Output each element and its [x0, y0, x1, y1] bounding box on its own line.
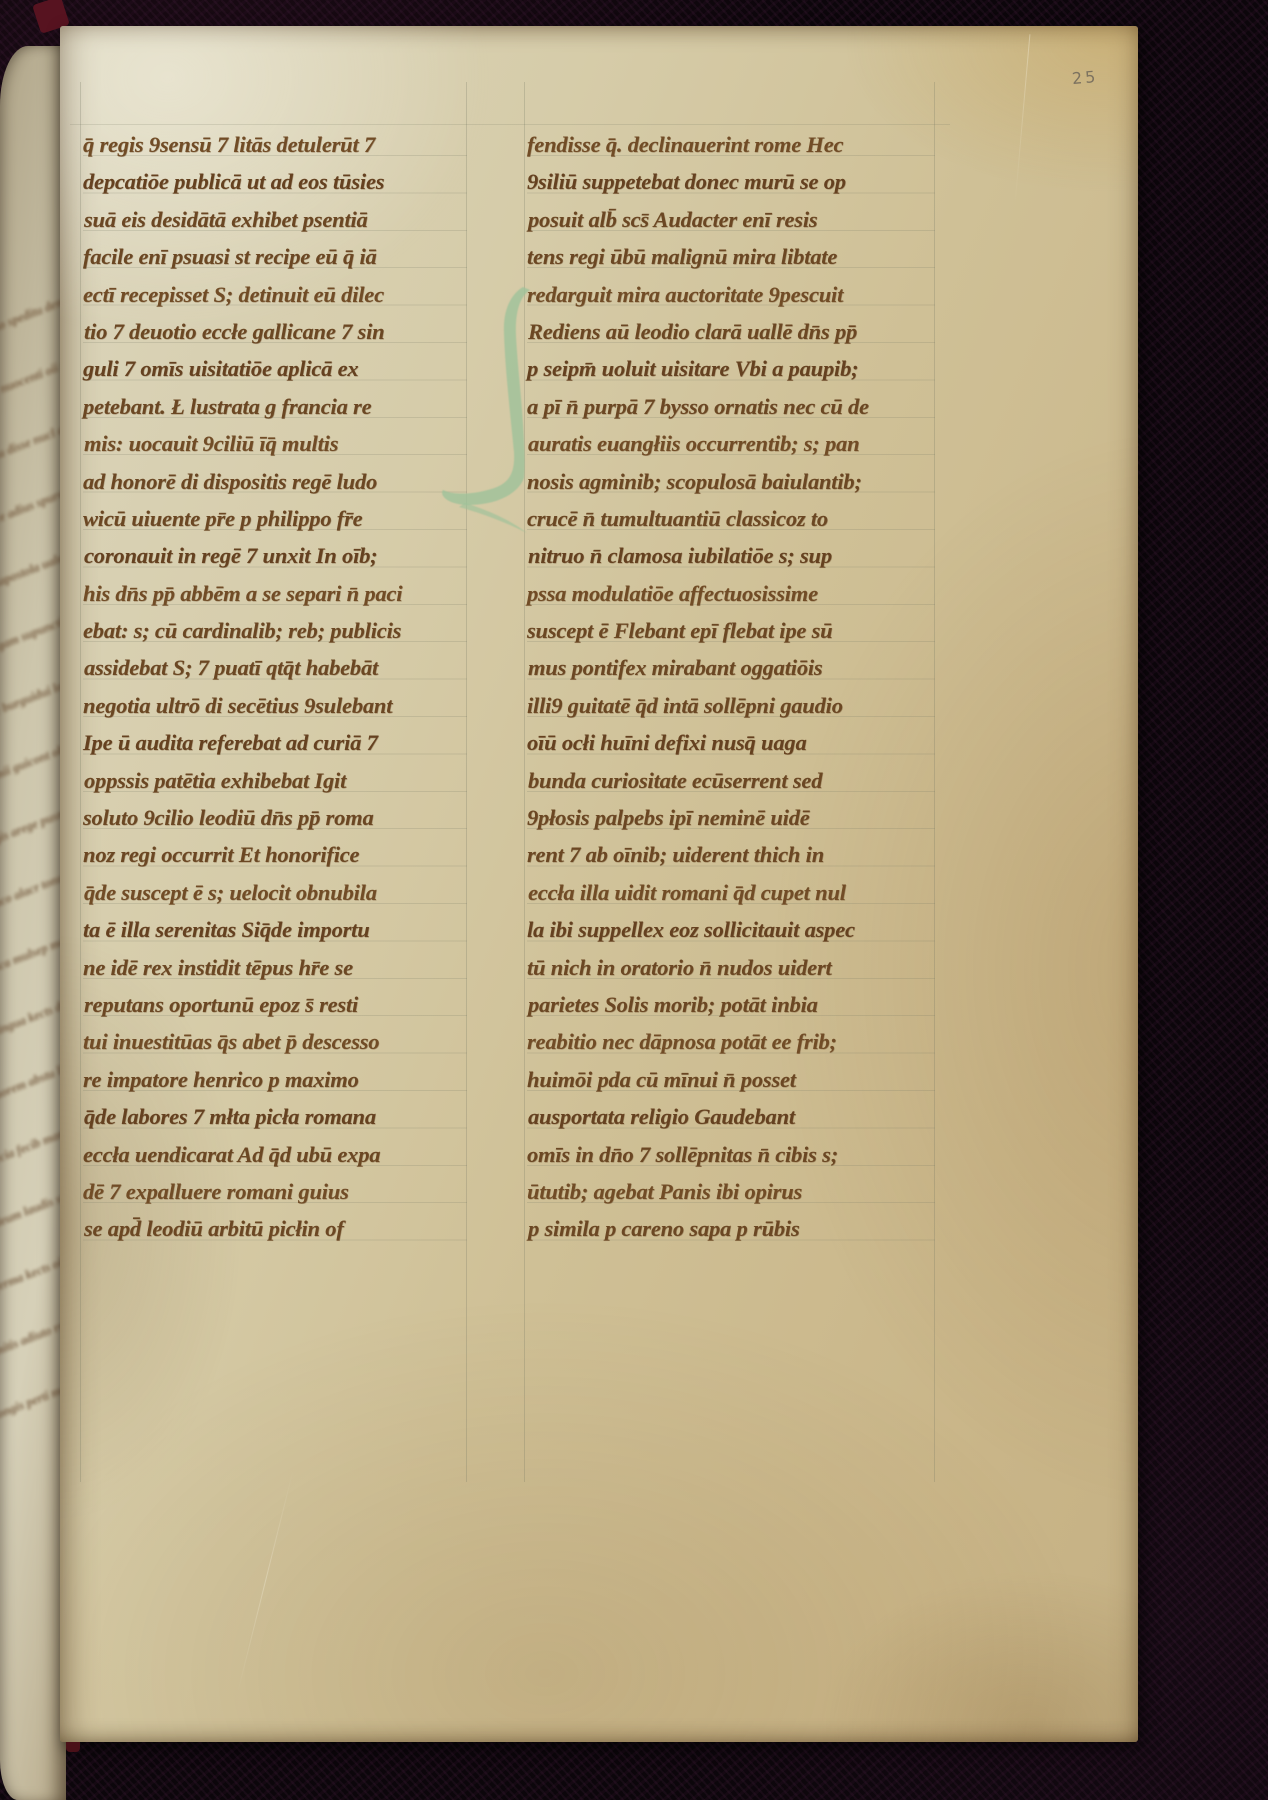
blurred-text-line: i nuocenti oii perni [0, 358, 66, 399]
text-column-right: fendisse q̄. declinauerint rome Hec9sili… [527, 126, 935, 1248]
blurred-text-line: ecia fecib manu [0, 1126, 66, 1167]
text-line: re impatore henrico p maximo [83, 1061, 467, 1098]
text-line: fendisse q̄. declinauerint rome Hec [527, 126, 935, 163]
blurred-text-line: ce adius spuruni [0, 486, 66, 527]
text-line: posuit alb̄ scs̄ Audacter enī resis [528, 201, 936, 238]
blurred-text-line: sca mulsep manp [0, 934, 66, 975]
text-line: tio 7 deuotio eccłe gallicane 7 sin [84, 313, 468, 350]
text-line: wicū uiuente pr̄e p philippo fr̄e [83, 500, 467, 537]
text-line: nosis agminib; scopulosā baiulantib; [527, 463, 935, 500]
text-line: parietes Solis morib; potāt inbia [528, 986, 936, 1023]
text-line: p seipm̄ uoluit uisitare Vbi a paupib; [527, 350, 935, 387]
text-line: nitruo n̄ clamosa iubilatiōe s; sup [528, 537, 936, 574]
ruling-line-vertical [80, 82, 81, 1482]
parchment-crease [1015, 34, 1031, 203]
text-line: dē 7 expalluere romani guius [83, 1173, 467, 1210]
blurred-text-line: aco alacr tonustu [0, 870, 66, 911]
text-line: guli 7 omīs uisitatiōe aplicā ex [83, 350, 467, 387]
text-line: huimōi pda cū mīnui n̄ posset [527, 1061, 935, 1098]
text-line: Rediens aū leodio clarā uallē dn̄s pp̄ [528, 313, 936, 350]
blurred-text-line: gis arege pusmo fa [0, 806, 66, 847]
text-line: illi9 guitatē q̄d intā sollēpni gaudio [527, 687, 935, 724]
ruling-line-horizontal [70, 124, 950, 125]
text-line: mis: uocauit 9ciliū īq̄ multis [84, 425, 468, 462]
text-line: eccła illa uidit romani q̄d cupet nul [528, 874, 936, 911]
manuscript-page: 25 q̄ regis 9sensū 7 litās detulerūt 7de… [60, 26, 1138, 1742]
text-line: ectī recepisset S; detinuit eū dilec [83, 276, 467, 313]
blurred-text-line: deum laudis sno [0, 1190, 66, 1231]
parchment-crease [237, 1469, 294, 1692]
blurred-text-line: lingua kects dei [0, 998, 66, 1039]
blurred-text-line: iu disse nucl ami [0, 422, 66, 463]
text-line: oīū ocłi huīni defixi nusq̄ uaga [527, 724, 935, 761]
binding-cloth [66, 1742, 80, 1752]
blurred-text-line: e burguidui locna [0, 678, 66, 719]
text-line: depcatiōe publicā ut ad eos tūsies [83, 163, 467, 200]
text-line: omīs in dn̄o 7 sollēpnitas n̄ cibis s; [527, 1136, 935, 1173]
text-line: ebat: s; cū cardinalib; reb; publicis [83, 612, 467, 649]
text-line: ta ē illa serenitas Siq̄de importu [83, 911, 467, 948]
text-line: q̄de suscept ē s; uelocit obnubila [84, 874, 468, 911]
text-line: facile enī psuasi st recipe eū q̄ iā [83, 238, 467, 275]
blurred-text-line: mii guicont obi oca [0, 742, 66, 783]
text-line: 9siliū suppetebat donec murū se op [527, 163, 935, 200]
text-line: q̄ regis 9sensū 7 litās detulerūt 7 [83, 126, 467, 163]
text-line: petebant. Ł lustrata g francia re [83, 388, 467, 425]
text-line: bunda curiositate ecūserrent sed [528, 762, 936, 799]
blurred-text-line: sapostola uale tuori [0, 550, 66, 591]
text-line: pssa modulatiōe affectuosissime [527, 575, 935, 612]
text-line: coronauit in regē 7 unxit In oīb; [84, 537, 468, 574]
text-line: tui inuestitūas q̄s abet p̄ descesso [83, 1023, 467, 1060]
blurred-text-line: so speditu denoss fe [0, 294, 66, 335]
text-line: a pī n̄ purpā 7 bysso ornatis nec cū de [527, 388, 935, 425]
text-line: ne idē rex instidit tēpus hr̄e se [83, 949, 467, 986]
blurred-text-line: mitis adiuto rss [0, 1318, 66, 1359]
text-line: tū nich in oratorio n̄ nudos uidert [527, 949, 935, 986]
text-line: Ipe ū audita referebat ad curiā 7 [83, 724, 467, 761]
text-line: ausportata religio Gaudebant [528, 1098, 936, 1135]
text-line: suā eis desidātā exhibet psentiā [84, 201, 468, 238]
text-line: tens regi ūbū malignū mira libtate [527, 238, 935, 275]
text-line: 9płosis palpebs ipī neminē uidē [527, 799, 935, 836]
text-line: ad honorē di dispositis regē ludo [83, 463, 467, 500]
text-line: mus pontifex mirabant oggatiōis [528, 649, 936, 686]
blurred-text-line: longis perti mao [0, 1382, 66, 1423]
text-line: ūtutib; agebat Panis ibi opirus [527, 1173, 935, 1210]
text-line: eccła uendicarat Ad q̄d ubū expa [83, 1136, 467, 1173]
manuscript-photo: so speditu denoss fei nuocenti oii perni… [0, 0, 1268, 1800]
text-line: rent 7 ab oīnib; uiderent thich in [527, 836, 935, 873]
blurred-text-line: lgam supuncti m [0, 614, 66, 655]
adjacent-page-blurred-text: so speditu denoss fei nuocenti oii perni… [2, 258, 66, 1410]
text-line: se apd̄ leodiū arbitū picłin of [84, 1210, 468, 1247]
adjacent-page-edge: so speditu denoss fei nuocenti oii perni… [0, 46, 66, 1800]
text-line: oppssis patētia exhibebat Igit [84, 762, 468, 799]
text-line: redarguit mira auctoritate 9pescuit [527, 276, 935, 313]
text-line: soluto 9cilio leodiū dn̄s pp̄ roma [83, 799, 467, 836]
blurred-text-line: ferma kects oim [0, 1254, 66, 1295]
text-line: assidebat S; 7 puatī qtq̄t habebāt [84, 649, 468, 686]
text-line: crucē n̄ tumultuantiū classicoz to [527, 500, 935, 537]
green-initial-L [435, 284, 553, 536]
text-column-left: q̄ regis 9sensū 7 litās detulerūt 7depca… [83, 126, 467, 1248]
text-line: reabitio nec dāpnosa potāt ee frib; [527, 1023, 935, 1060]
text-line: negotia ultrō di secētius 9sulebant [83, 687, 467, 724]
text-line: reputans oportunū epoz s̄ resti [84, 986, 468, 1023]
text-line: auratis euangłiis occurrentib; s; pan [528, 425, 936, 462]
blurred-text-line: uorem abstu lim [0, 1062, 66, 1103]
text-line: la ibi suppellex eoz sollicitauit aspec [527, 911, 935, 948]
text-line: q̄de labores 7 młta picła romana [84, 1098, 468, 1135]
text-line: his dn̄s pp̄ abbēm a se separi n̄ paci [83, 575, 467, 612]
text-line: noz regi occurrit Et honorifice [83, 836, 467, 873]
text-line: p simila p careno sapa p rūbis [528, 1210, 936, 1247]
text-line: suscept ē Flebant epī flebat ipe sū [527, 612, 935, 649]
folio-number: 25 [1071, 67, 1099, 88]
